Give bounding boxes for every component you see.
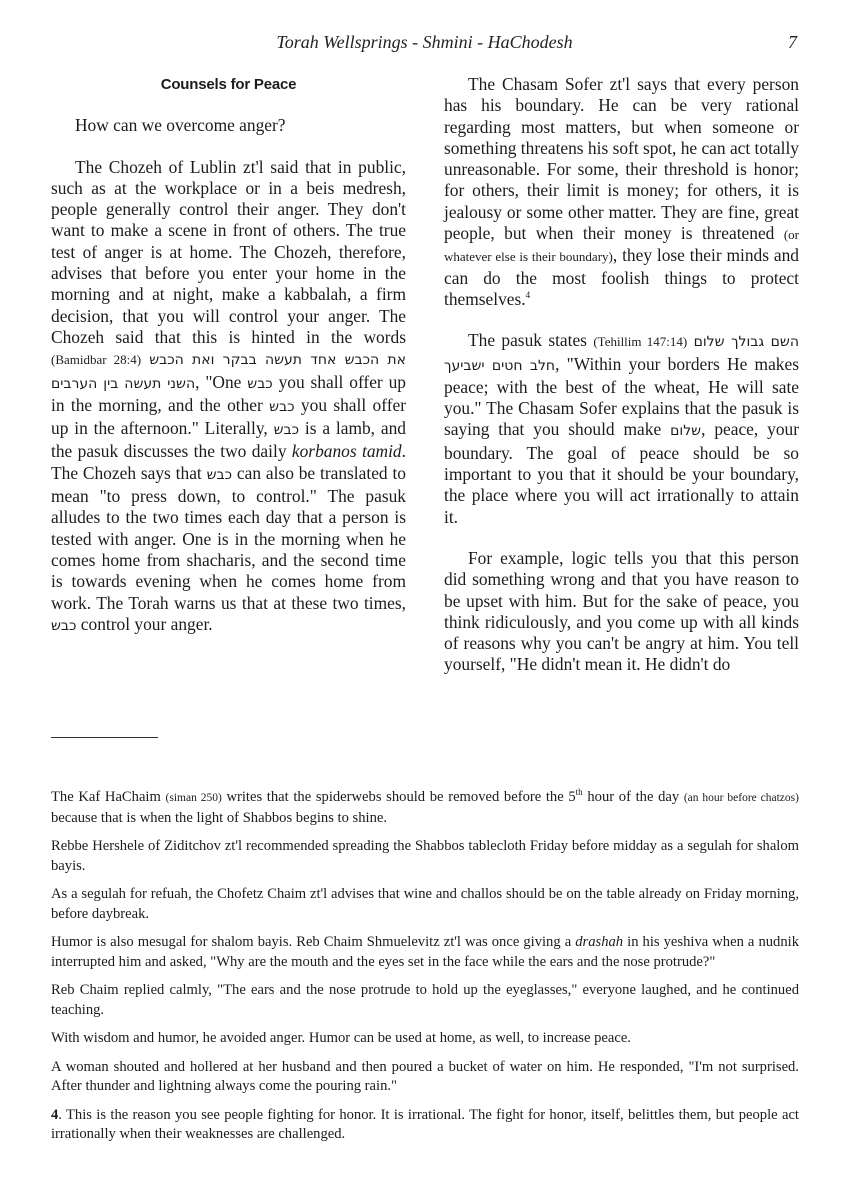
chozeh-paragraph: The Chozeh of Lublin zt'l said that in p…: [51, 157, 406, 638]
footnote-paragraph: Rebbe Hershele of Ziditchov zt'l recomme…: [51, 837, 799, 876]
footnote-paragraph: With wisdom and humor, he avoided anger.…: [51, 1029, 799, 1049]
citation: (Tehillim 147:14): [593, 334, 687, 349]
footnote-marker[interactable]: 4: [526, 290, 531, 300]
hebrew-word: כבש: [269, 399, 294, 415]
footnote-paragraph: The Kaf HaChaim (siman 250) writes that …: [51, 788, 799, 828]
section-heading: Counsels for Peace: [51, 74, 406, 95]
footnote-paragraph: Humor is also mesugal for shalom bayis. …: [51, 933, 799, 972]
footnotes: The Kaf HaChaim (siman 250) writes that …: [51, 788, 799, 1154]
hebrew-word: כבש: [274, 422, 299, 438]
right-column: The Chasam Sofer zt'l says that every pe…: [444, 74, 799, 696]
footnote-4: 4. This is the reason you see people fig…: [51, 1106, 799, 1145]
hebrew-word: כבש: [207, 467, 232, 483]
running-title: Torah Wellsprings - Shmini - HaChodesh: [0, 32, 849, 53]
page-number: 7: [788, 32, 797, 53]
footnote-paragraph: As a segulah for refuah, the Chofetz Cha…: [51, 885, 799, 924]
italic-term: korbanos tamid: [292, 441, 402, 461]
page-header: Torah Wellsprings - Shmini - HaChodesh 7: [0, 32, 849, 60]
hebrew-word: כבש: [51, 618, 76, 634]
question-paragraph: How can we overcome anger?: [51, 115, 406, 136]
left-column: Counsels for Peace How can we overcome a…: [51, 74, 406, 657]
chasam-sofer-paragraph: The Chasam Sofer zt'l says that every pe…: [444, 74, 799, 310]
citation: (Bamidbar 28:4): [51, 352, 141, 367]
hebrew-word: כבש: [247, 376, 272, 392]
footnote-paragraph: A woman shouted and hollered at her husb…: [51, 1058, 799, 1097]
pasuk-paragraph: The pasuk states (Tehillim 147:14) השם ג…: [444, 330, 799, 528]
footnote-divider: [51, 737, 158, 738]
example-paragraph: For example, logic tells you that this p…: [444, 548, 799, 676]
hebrew-word: שלום: [670, 423, 701, 439]
footnote-paragraph: Reb Chaim replied calmly, "The ears and …: [51, 981, 799, 1020]
